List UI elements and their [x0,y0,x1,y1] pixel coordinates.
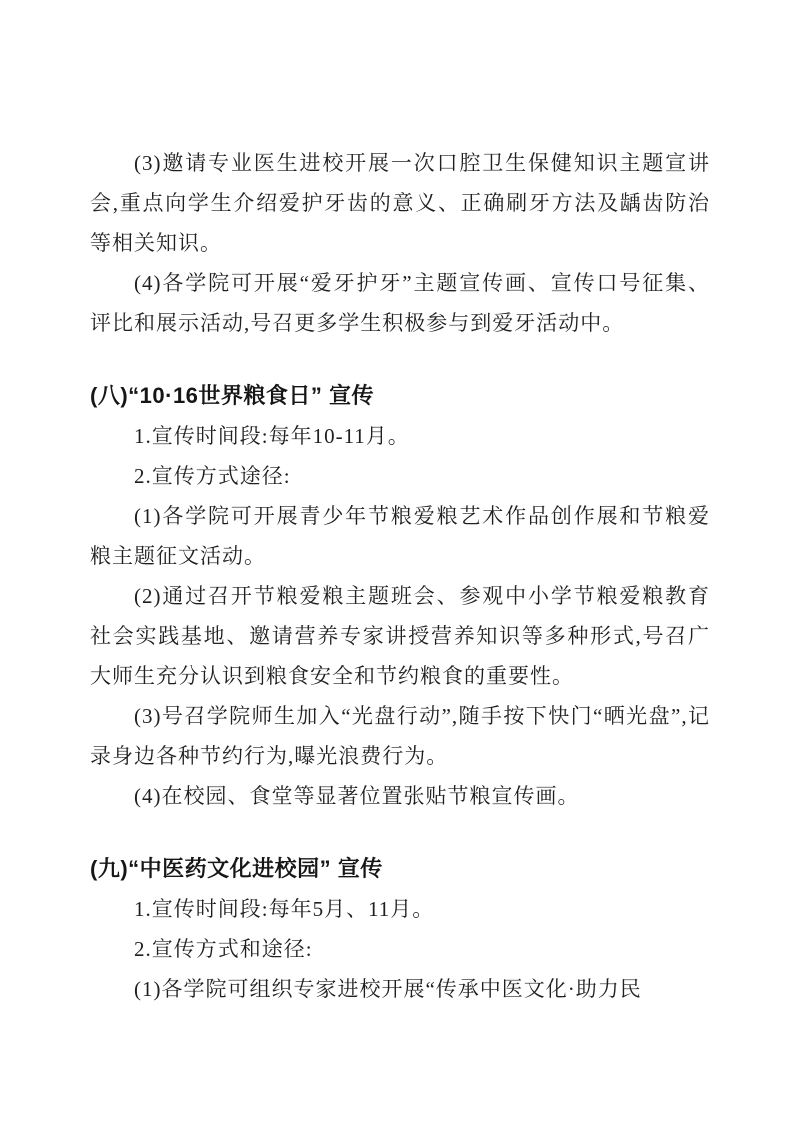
body-paragraph: (1)各学院可组织专家进校开展“传承中医文化·助力民 [90,969,710,1009]
body-paragraph: 1.宣传时间段:每年10-11月。 [90,416,710,456]
body-paragraph: (4)在校园、食堂等显著位置张贴节粮宣传画。 [90,776,710,816]
document-page: (3)邀请专业医生进校开展一次口腔卫生保健知识主题宣讲会,重点向学生介绍爱护牙齿… [0,0,793,1122]
body-paragraph: (1)各学院可开展青少年节粮爱粮艺术作品创作展和节粮爱粮主题征文活动。 [90,496,710,576]
body-paragraph: (3)号召学院师生加入“光盘行动”,随手按下快门“晒光盘”,记录身边各种节约行为… [90,696,710,776]
body-paragraph: (4)各学院可开展“爱牙护牙”主题宣传画、宣传口号征集、评比和展示活动,号召更多… [90,263,710,343]
body-paragraph: 2.宣传方式途径: [90,456,710,496]
body-paragraph: (2)通过召开节粮爱粮主题班会、参观中小学节粮爱粮教育社会实践基地、邀请营养专家… [90,576,710,696]
body-paragraph: 1.宣传时间段:每年5月、11月。 [90,889,710,929]
section-heading-tcm-culture: (九)“中医药文化进校园” 宣传 [90,849,710,889]
body-paragraph: 2.宣传方式和途径: [90,929,710,969]
document-text-area: (3)邀请专业医生进校开展一次口腔卫生保健知识主题宣讲会,重点向学生介绍爱护牙齿… [90,143,710,1009]
body-paragraph: (3)邀请专业医生进校开展一次口腔卫生保健知识主题宣讲会,重点向学生介绍爱护牙齿… [90,143,710,263]
section-heading-world-food-day: (八)“10·16世界粮食日” 宣传 [90,376,710,416]
